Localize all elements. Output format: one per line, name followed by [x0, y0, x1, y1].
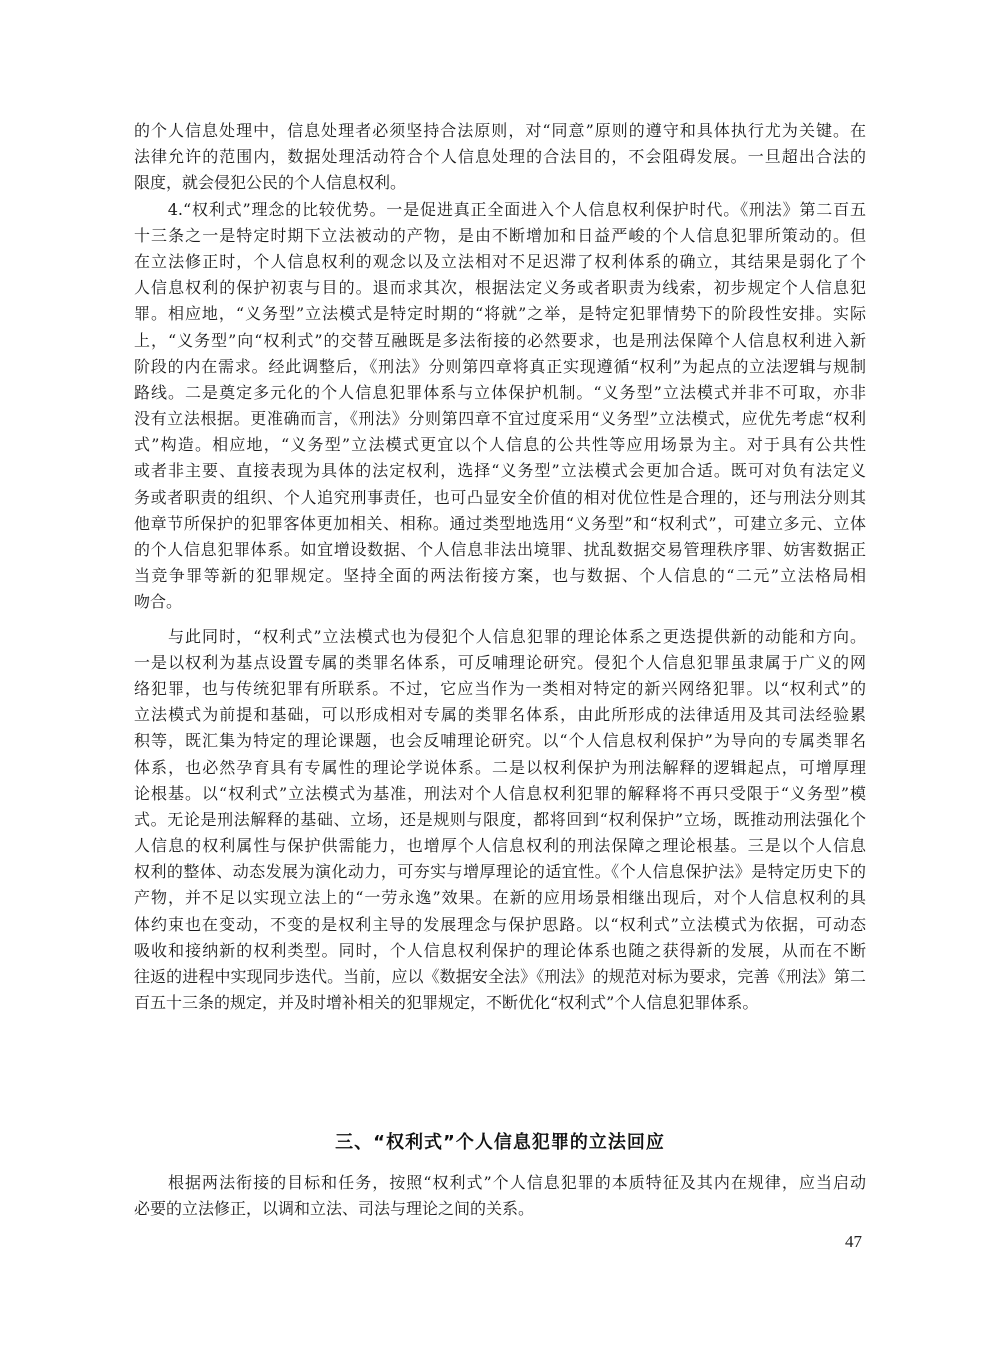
text-line: 权利的整体、动态发展为演化动力，可夯实与增厚理论的适宜性。《个人信息保护法》是特… — [134, 859, 866, 885]
text-line: 罪。相应地，“义务型”立法模式是特定时期的“将就”之举，是特定犯罪情势下的阶段性… — [134, 301, 866, 327]
text-line: 的个人信息处理中，信息处理者必须坚持合法原则，对“同意”原则的遵守和具体执行尤为… — [134, 118, 866, 144]
text-line: 式。无论是刑法解释的基础、立场，还是规则与限度，都将回到“权利保护”立场，既推动… — [134, 807, 866, 833]
text-line: 吸收和接纳新的权利类型。同时，个人信息权利保护的理论体系也随之获得新的发展，从而… — [134, 938, 866, 964]
text-line: 没有立法根据。更准确而言，《刑法》分则第四章不宜过度采用“义务型”立法模式，应优… — [134, 406, 866, 432]
text-line: 阶段的内在需求。经此调整后，《刑法》分则第四章将真正实现遵循“权利”为起点的立法… — [134, 354, 866, 380]
section-heading: 三、“权利式”个人信息犯罪的立法回应 — [0, 1128, 1000, 1154]
text-line: 一是以权利为基点设置专属的类罪名体系，可反哺理论研究。侵犯个人信息犯罪虽隶属于广… — [134, 650, 866, 676]
text-line: 吻合。 — [134, 589, 866, 615]
page-number: 47 — [845, 1232, 862, 1252]
paragraph-2: 4.“权利式”理念的比较优势。一是促进真正全面进入个人信息权利保护时代。《刑法》… — [134, 197, 866, 616]
section-paragraph: 根据两法衔接的目标和任务，按照“权利式”个人信息犯罪的本质特征及其内在规律，应当… — [134, 1170, 866, 1222]
text-line: 限度，就会侵犯公民的个人信息权利。 — [134, 170, 866, 196]
text-line: 或者非主要、直接表现为具体的法定权利，选择“义务型”立法模式会更加合适。既可对负… — [134, 458, 866, 484]
text-line: 络犯罪，也与传统犯罪有所联系。不过，它应当作为一类相对特定的新兴网络犯罪。以“权… — [134, 676, 866, 702]
text-line: 人信息的权利属性与保护供需能力，也增厚个人信息权利的刑法保障之理论根基。三是以个… — [134, 833, 866, 859]
text-line: 路线。二是奠定多元化的个人信息犯罪体系与立体保护机制。“义务型”立法模式并非不可… — [134, 380, 866, 406]
text-line: 百五十三条的规定，并及时增补相关的犯罪规定，不断优化“权利式”个人信息犯罪体系。 — [134, 990, 866, 1016]
paragraph-gap — [134, 616, 866, 624]
text-line: 务或者职责的组织、个人追究刑事责任，也可凸显安全价值的相对优位性是合理的，还与刑… — [134, 485, 866, 511]
text-line: 体系，也必然孕育具有专属性的理论学说体系。二是以权利保护为刑法解释的逻辑起点，可… — [134, 755, 866, 781]
paragraph-3: 与此同时，“权利式”立法模式也为侵犯个人信息犯罪的理论体系之更迭提供新的动能和方… — [134, 624, 866, 1017]
text-line: 必要的立法修正，以调和立法、司法与理论之间的关系。 — [134, 1196, 866, 1222]
text-line: 根据两法衔接的目标和任务，按照“权利式”个人信息犯罪的本质特征及其内在规律，应当… — [134, 1170, 866, 1196]
text-line: 体约束也在变动，不变的是权利主导的发展理念与保护思路。以“权利式”立法模式为依据… — [134, 912, 866, 938]
text-line: 4.“权利式”理念的比较优势。一是促进真正全面进入个人信息权利保护时代。《刑法》… — [134, 197, 866, 223]
text-line: 产物，并不足以实现立法上的“一劳永逸”效果。在新的应用场景相继出现后，对个人信息… — [134, 885, 866, 911]
text-line: 往返的进程中实现同步迭代。当前，应以《数据安全法》《刑法》的规范对标为要求，完善… — [134, 964, 866, 990]
text-line: 论根基。以“权利式”立法模式为基准，刑法对个人信息权利犯罪的解释将不再只受限于“… — [134, 781, 866, 807]
text-line: 的个人信息犯罪体系。如宜增设数据、个人信息非法出境罪、扰乱数据交易管理秩序罪、妨… — [134, 537, 866, 563]
text-line: 与此同时，“权利式”立法模式也为侵犯个人信息犯罪的理论体系之更迭提供新的动能和方… — [134, 624, 866, 650]
text-line: 法律允许的范围内，数据处理活动符合个人信息处理的合法目的，不会阻碍发展。一旦超出… — [134, 144, 866, 170]
text-line: 人信息权利的保护初衷与目的。退而求其次，根据法定义务或者职责为线索，初步规定个人… — [134, 275, 866, 301]
text-line: 他章节所保护的犯罪客体更加相关、相称。通过类型地选用“义务型”和“权利式”，可建… — [134, 511, 866, 537]
text-line: 立法模式为前提和基础，可以形成相对专属的类罪名体系，由此所形成的法律适用及其司法… — [134, 702, 866, 728]
text-line: 当竞争罪等新的犯罪规定。坚持全面的两法衔接方案，也与数据、个人信息的“二元”立法… — [134, 563, 866, 589]
document-page: 的个人信息处理中，信息处理者必须坚持合法原则，对“同意”原则的遵守和具体执行尤为… — [0, 0, 1000, 1347]
paragraph-1: 的个人信息处理中，信息处理者必须坚持合法原则，对“同意”原则的遵守和具体执行尤为… — [134, 118, 866, 197]
text-line: 在立法修正时，个人信息权利的观念以及立法相对不足迟滞了权利体系的确立，其结果是弱… — [134, 249, 866, 275]
body-text: 的个人信息处理中，信息处理者必须坚持合法原则，对“同意”原则的遵守和具体执行尤为… — [134, 118, 866, 1016]
text-line: 上，“义务型”向“权利式”的交替互融既是多法衔接的必然要求，也是刑法保障个人信息… — [134, 328, 866, 354]
text-line: 式”构造。相应地，“义务型”立法模式更宜以个人信息的公共性等应用场景为主。对于具… — [134, 432, 866, 458]
text-line: 积等，既汇集为特定的理论课题，也会反哺理论研究。以“个人信息权利保护”为导向的专… — [134, 728, 866, 754]
text-line: 十三条之一是特定时期下立法被动的产物，是由不断增加和日益严峻的个人信息犯罪所策动… — [134, 223, 866, 249]
